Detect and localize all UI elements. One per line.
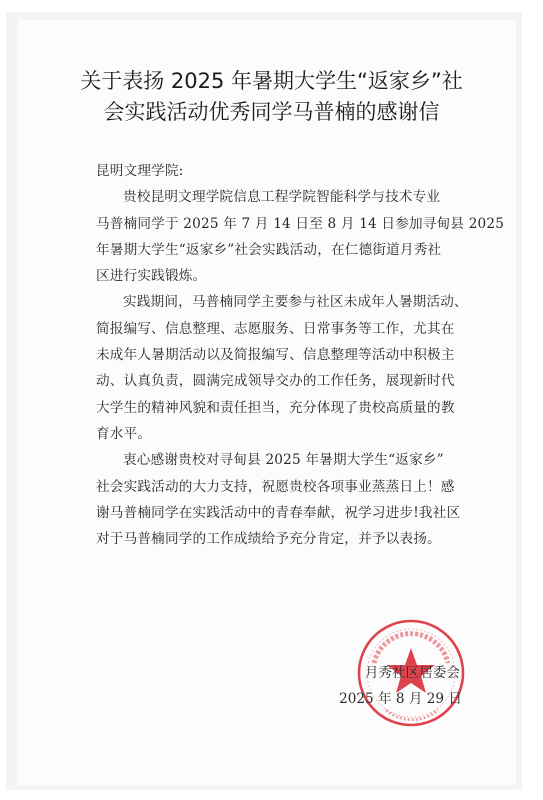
letter-title: 关于表扬 2025 年暑期大学生“返家乡”社 会实践活动优秀同学马普楠的感谢信 xyxy=(0,66,543,128)
paragraph-line: 区进行实践锻炼。 xyxy=(96,263,456,289)
title-line-1: 关于表扬 2025 年暑期大学生“返家乡”社 xyxy=(0,66,543,97)
paragraph-line: 对于马普楠同学的工作成绩给予充分肯定，并予以表扬。 xyxy=(96,526,456,552)
paragraph-line: 谢马普楠同学在实践活动中的青春奉献，祝学习进步!我社区 xyxy=(96,500,456,526)
letter-body: 昆明文理学院: 贵校昆明文理学院信息工程学院智能科学与技术专业 马普楠同学于 2… xyxy=(96,158,456,552)
paragraph-line: 衷心感谢贵校对寻甸县 2025 年暑期大学生“返家乡” xyxy=(96,447,456,473)
paragraph-line: 实践期间，马普楠同学主要参与社区未成年人暑期活动、 xyxy=(96,289,456,315)
salutation: 昆明文理学院: xyxy=(96,158,456,184)
paragraph-2: 实践期间，马普楠同学主要参与社区未成年人暑期活动、 简报编写、信息整理、志愿服务… xyxy=(96,289,456,447)
paragraph-1: 贵校昆明文理学院信息工程学院智能科学与技术专业 马普楠同学于 2025 年 7 … xyxy=(96,184,456,289)
paragraph-line: 年暑期大学生“返家乡”社会实践活动，在仁德街道月秀社 xyxy=(96,237,456,263)
paragraph-line: 动、认真负责，圆满完成领导交办的工作任务，展现新时代 xyxy=(96,368,456,394)
title-line-2: 会实践活动优秀同学马普楠的感谢信 xyxy=(0,97,543,128)
paragraph-line: 大学生的精神风貌和责任担当，充分体现了贵校高质量的教 xyxy=(96,395,456,421)
paragraph-line: 育水平。 xyxy=(96,421,456,447)
paragraph-line: 贵校昆明文理学院信息工程学院智能科学与技术专业 xyxy=(96,184,456,210)
paragraph-line: 未成年人暑期活动以及简报编写、信息整理等活动中积极主 xyxy=(96,342,456,368)
paragraph-line: 社会实践活动的大力支持，祝愿贵校各项事业蒸蒸日上！感 xyxy=(96,474,456,500)
signature-date: 2025 年 8 月 29 日 xyxy=(339,686,462,712)
paragraph-3: 衷心感谢贵校对寻甸县 2025 年暑期大学生“返家乡” 社会实践活动的大力支持，… xyxy=(96,447,456,552)
paragraph-line: 简报编写、信息整理、志愿服务、日常事务等工作，尤其在 xyxy=(96,316,456,342)
paragraph-line: 马普楠同学于 2025 年 7 月 14 日至 8 月 14 日参加寻甸县 20… xyxy=(96,211,456,237)
signature-organization: 月秀社区居委会 xyxy=(365,660,460,686)
